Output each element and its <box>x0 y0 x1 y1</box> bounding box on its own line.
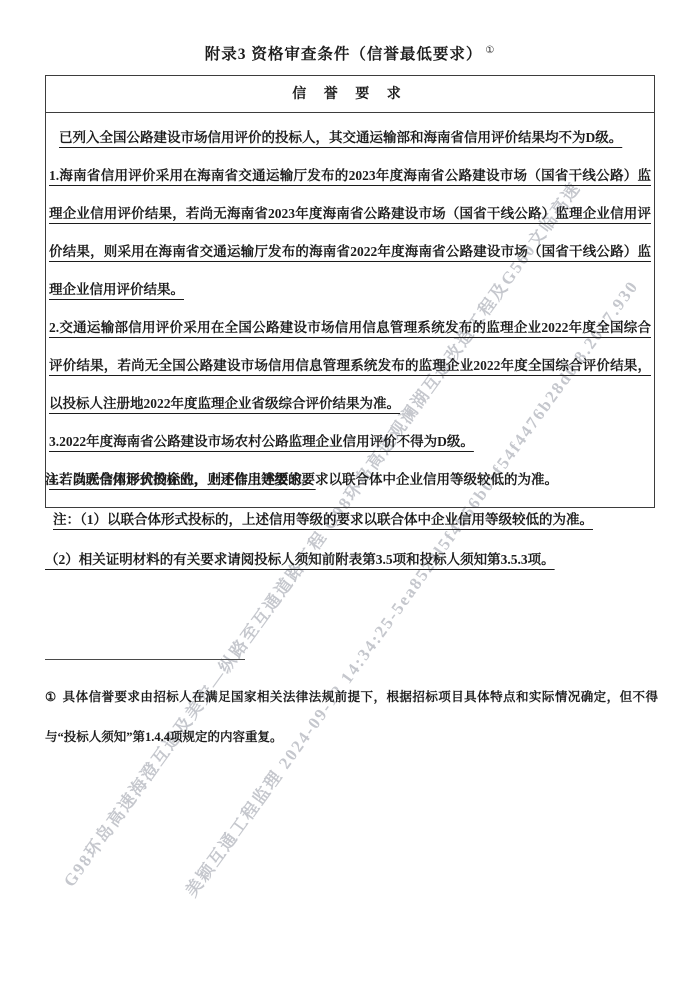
requirement-intro: 已列入全国公路建设市场信用评价的投标人，其交通运输部和海南省信用评价结果均不为D… <box>49 119 651 157</box>
page-title-text: 附录3 资格审查条件（信誉最低要求） <box>205 46 483 63</box>
note-consortium: 注：以联合体形式投标的，上述信用等级的要求以联合体中企业信用等级较低的为准。 <box>45 468 657 492</box>
footnote-text: 具体信誉要求由招标人在满足国家相关法律法规前提下，根据招标项目具体特点和实际情况… <box>45 690 658 744</box>
footnote-separator <box>45 659 245 660</box>
table-body: 已列入全国公路建设市场信用评价的投标人，其交通运输部和海南省信用评价结果均不为D… <box>46 113 654 507</box>
note-1-consortium: 注：（1）以联合体形式投标的，上述信用等级的要求以联合体中企业信用等级较低的为准… <box>45 508 657 532</box>
title-footnote-marker: ① <box>485 45 495 56</box>
requirement-item-3: 3.2022年度海南省公路建设市场农村公路监理企业信用评价不得为D级。 <box>49 423 651 461</box>
document-page: G98环岛高速海澄互通及美安—纵路至互通道路工程 G98环岛高速观澜湖互通改造工… <box>0 0 700 990</box>
notes-section: 注：以联合体形式投标的，上述信用等级的要求以联合体中企业信用等级较低的为准。 注… <box>45 468 657 588</box>
page-title: 附录3 资格审查条件（信誉最低要求）① <box>0 42 700 64</box>
footnote-marker: ① <box>45 690 57 704</box>
table-header-credit-requirement: 信 誉 要 求 <box>46 76 654 113</box>
footnote: ①具体信誉要求由招标人在满足国家相关法律法规前提下，根据招标项目具体特点和实际情… <box>45 677 658 757</box>
requirement-item-2: 2.交通运输部信用评价采用在全国公路建设市场信用信息管理系统发布的监理企业202… <box>49 309 651 423</box>
note-2-supporting-materials: （2）相关证明材料的有关要求请阅投标人须知前附表第3.5项和投标人须知第3.5.… <box>45 548 657 572</box>
requirement-item-1: 1.海南省信用评价采用在海南省交通运输厅发布的2023年度海南省公路建设市场（国… <box>49 157 651 309</box>
credit-requirements-table: 信 誉 要 求 已列入全国公路建设市场信用评价的投标人，其交通运输部和海南省信用… <box>45 75 655 508</box>
